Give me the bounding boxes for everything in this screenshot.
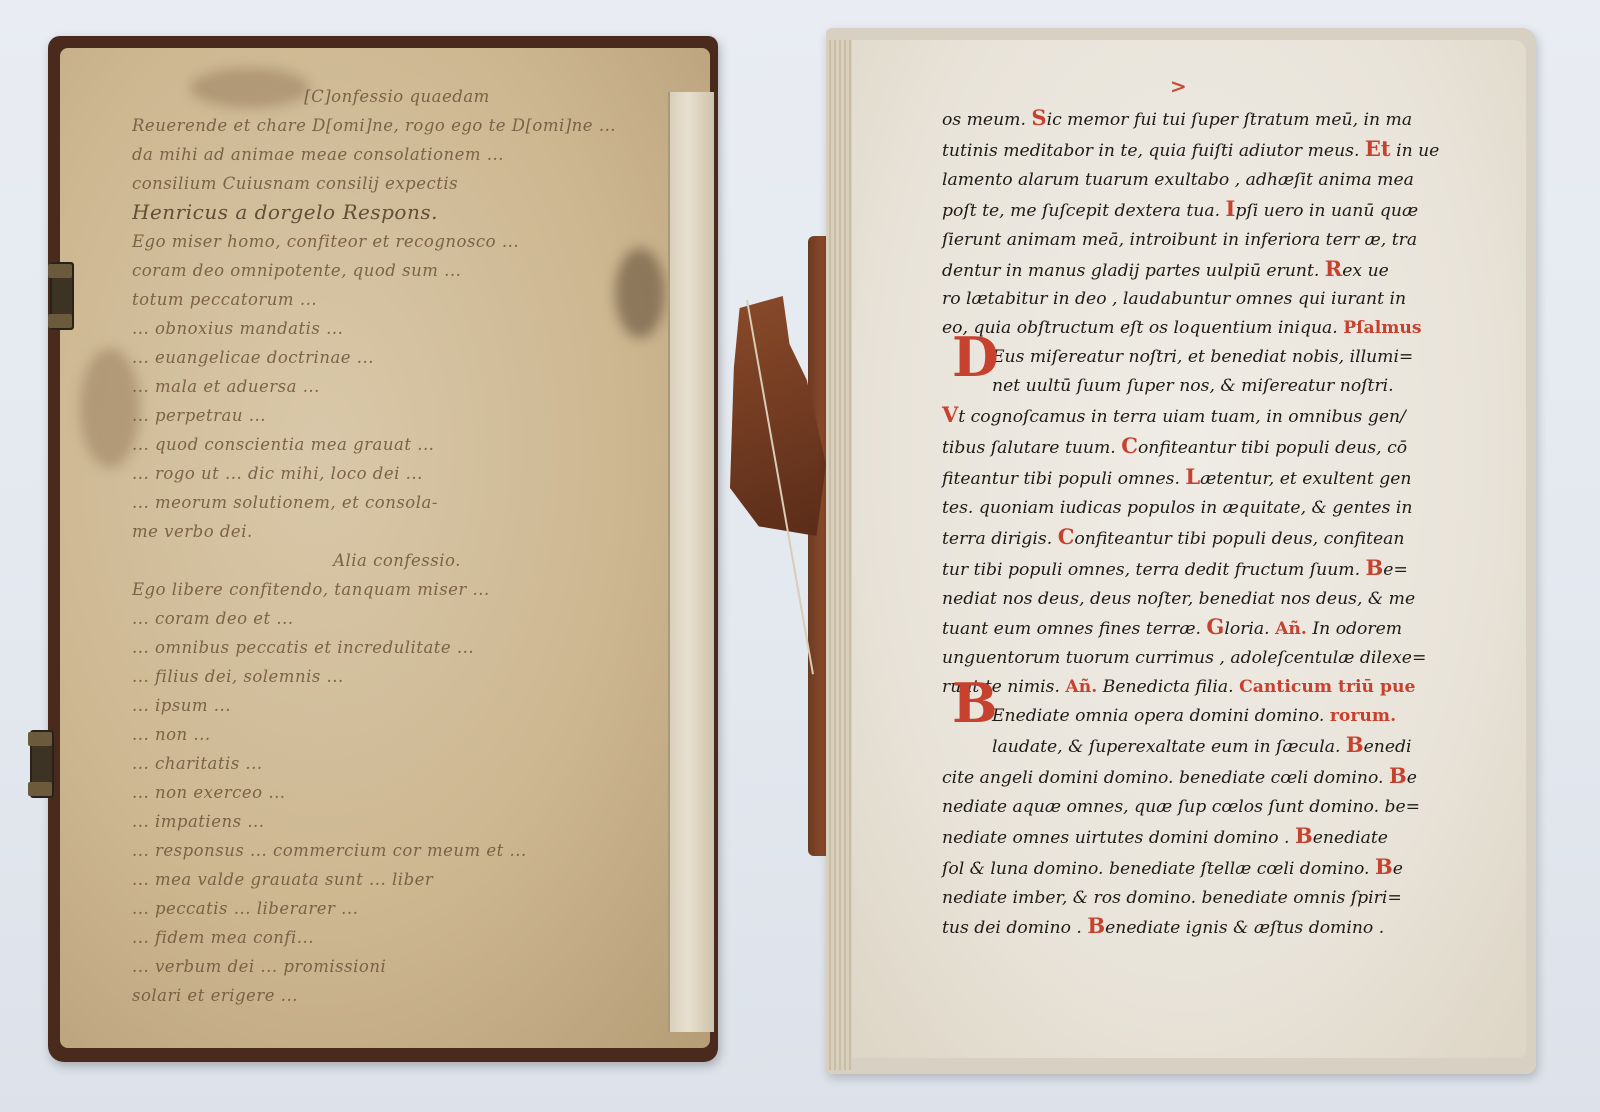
manuscript-line: Ego miser homo, confiteor et recognosco … [132, 227, 662, 256]
printed-line: Enediate omnia opera domini domino. roru… [942, 702, 1442, 731]
printed-line: ſol & luna domino. benediate ſtellæ cœli… [942, 853, 1442, 884]
rubricated-initial: R [1325, 256, 1342, 281]
rubricated-initial: B [1366, 555, 1384, 580]
text-run: enedi [1364, 737, 1412, 757]
printed-line: tuant eum omnes fines terræ. Gloria. Añ.… [942, 613, 1442, 644]
text-run: ro lætabitur in deo , laudabuntur omnes … [942, 289, 1406, 309]
rubricated-initial: G [1206, 614, 1224, 639]
manuscript-line: ... coram deo et ... [132, 604, 662, 633]
printed-line: tur tibi populi omnes, terra dedit fruct… [942, 554, 1442, 585]
manuscript-line: ... filius dei, solemnis ... [132, 662, 662, 691]
printed-line: dentur in manus gladij partes uulpiū eru… [942, 255, 1442, 286]
text-run: laudate, & ſuperexaltate eum in ſæcula. [992, 737, 1346, 757]
text-run: tes. quoniam iudicas populos in æquitate… [942, 498, 1412, 518]
initial-b: B [952, 676, 998, 730]
manuscript-line: ... responsus ... commercium cor meum et… [132, 836, 662, 865]
rubric: Añ. [1065, 677, 1097, 697]
printed-line: laudate, & ſuperexaltate eum in ſæcula. … [942, 731, 1442, 762]
text-run: e [1393, 859, 1403, 879]
rubricated-initial: L [1185, 464, 1200, 489]
manuscript-line: me verbo dei. [132, 517, 662, 546]
text-run: poſt te, me ſuſcepit dextera tua. [942, 201, 1226, 221]
printed-line: nediate omnes uirtutes domini domino . B… [942, 822, 1442, 853]
rubricated-initial: C [1121, 433, 1138, 458]
rubricated-initial: I [1226, 196, 1236, 221]
text-run: enediate ignis & æſtus domino . [1105, 918, 1384, 938]
text-run: Benedicta filia. [1097, 677, 1239, 697]
manuscript-line: [C]onfessio quaedam [132, 82, 662, 111]
text-run: tur tibi populi omnes, terra dedit fruct… [942, 560, 1366, 580]
manuscript-line: coram deo omnipotente, quod sum ... [132, 256, 662, 285]
manuscript-line: ... ipsum ... [132, 691, 662, 720]
text-run: onfiteantur tibi populi deus, cō [1138, 438, 1407, 458]
rubricated-initial: B [1389, 763, 1407, 788]
printed-line: Eus miſereatur noſtri, et benediat nobis… [942, 343, 1442, 372]
rubricated-initial: B [1375, 854, 1393, 879]
clasp-hinge-icon [50, 262, 74, 330]
text-run: tuant eum omnes fines terræ. [942, 619, 1206, 639]
text-run: In odorem [1307, 619, 1402, 639]
text-run: Enediate omnia opera domini domino. [992, 706, 1330, 726]
text-run: pſi uero in uanū quæ [1235, 201, 1418, 221]
printed-line: nediate aquæ omnes, quæ ſup cœlos ſunt d… [942, 793, 1442, 822]
text-run: e [1407, 768, 1417, 788]
manuscript-text: [C]onfessio quaedamReuerende et chare D[… [132, 82, 662, 1002]
printed-line: lamento alarum tuarum exultabo , adhæſit… [942, 166, 1442, 195]
text-run: in ue [1391, 141, 1440, 161]
printed-line: runt te nimis. Añ. Benedicta filia. Cant… [942, 673, 1442, 702]
manuscript-line: ... euangelicae doctrinae ... [132, 343, 662, 372]
text-run: ex ue [1342, 261, 1389, 281]
printed-line: Vt cognoſcamus in terra uiam tuam, in om… [942, 401, 1442, 432]
rubric: Canticum triū pue [1239, 677, 1415, 697]
printed-line: unguentorum tuorum currimus , adoleſcent… [942, 644, 1442, 673]
rubric: Pſalmus [1343, 318, 1421, 338]
manuscript-line: ... obnoxius mandatis ... [132, 314, 662, 343]
printed-line: nediat nos deus, deus noſter, benediat n… [942, 585, 1442, 614]
text-run: nediate imber, & ros domino. benediate o… [942, 888, 1402, 908]
manuscript-line: totum peccatorum ... [132, 285, 662, 314]
text-run: lamento alarum tuarum exultabo , adhæſit… [942, 170, 1414, 190]
text-run: cite angeli domini domino. benediate cœl… [942, 768, 1389, 788]
printed-line: tus dei domino . Benediate ignis & æſtus… [942, 912, 1442, 943]
printed-line: tibus ſalutare tuum. Confiteantur tibi p… [942, 432, 1442, 463]
text-run: terra dirigis. [942, 529, 1058, 549]
text-run: loria. [1224, 619, 1275, 639]
text-run: os meum. [942, 110, 1031, 130]
text-run: ſierunt animam meā, introibunt in inferi… [942, 230, 1417, 250]
text-run: ætentur, et exultent gen [1200, 469, 1411, 489]
printed-line: tutinis meditabor in te, quia fuiſti adi… [942, 135, 1442, 166]
manuscript-line: ... meorum solutionem, et consola- [132, 488, 662, 517]
text-run: unguentorum tuorum currimus , adoleſcent… [942, 648, 1426, 668]
manuscript-line: ... perpetrau ... [132, 401, 662, 430]
text-run: nediate aquæ omnes, quæ ſup cœlos ſunt d… [942, 797, 1420, 817]
printed-line: eo, quia obſtructum eſt os loquentium in… [942, 314, 1442, 343]
rubricated-initial: V [942, 402, 958, 427]
manuscript-line: da mihi ad animae meae consolationem ... [132, 140, 662, 169]
printed-line: tes. quoniam iudicas populos in æquitate… [942, 494, 1442, 523]
manuscript-line: ... verbum dei ... promissioni [132, 952, 662, 981]
printed-line: ſierunt animam meā, introibunt in inferi… [942, 226, 1442, 255]
spine-paper-strip [668, 92, 714, 1032]
signature-mark: > [1170, 74, 1187, 98]
text-run: enediate [1313, 828, 1388, 848]
manuscript-line: ... fidem mea confi... [132, 923, 662, 952]
rubricated-initial: B [1295, 823, 1313, 848]
printed-line: fiteantur tibi populi omnes. Lætentur, e… [942, 463, 1442, 494]
printed-text: os meum. Sic memor fui tui ſuper ſtratum… [942, 104, 1442, 943]
text-run: tutinis meditabor in te, quia fuiſti adi… [942, 141, 1365, 161]
manuscript-line: ... rogo ut ... dic mihi, loco dei ... [132, 459, 662, 488]
text-run: e= [1383, 560, 1408, 580]
printed-line: terra dirigis. Confiteantur tibi populi … [942, 523, 1442, 554]
printed-line: nediate imber, & ros domino. benediate o… [942, 884, 1442, 913]
rubricated-initial: B [1087, 913, 1105, 938]
manuscript-line: Ego libere confitendo, tanquam miser ... [132, 575, 662, 604]
printed-line: ro lætabitur in deo , laudabuntur omnes … [942, 285, 1442, 314]
manuscript-line: ... impatiens ... [132, 807, 662, 836]
printed-line: cite angeli domini domino. benediate cœl… [942, 762, 1442, 793]
manuscript-line: Alia confessio. [132, 546, 662, 575]
initial-d: D [952, 330, 999, 384]
text-run: eo, quia obſtructum eſt os loquentium in… [942, 318, 1343, 338]
manuscript-line: Henricus a dorgelo Respons. [132, 198, 662, 227]
manuscript-line: consilium Cuiusnam consilij expectis [132, 169, 662, 198]
rubricated-initial: C [1058, 524, 1075, 549]
clasp-hinge-icon [30, 730, 54, 798]
text-run: tibus ſalutare tuum. [942, 438, 1121, 458]
manuscript-line: ... omnibus peccatis et incredulitate ..… [132, 633, 662, 662]
manuscript-line: ... quod conscientia mea grauat ... [132, 430, 662, 459]
text-run: Eus miſereatur noſtri, et benediat nobis… [992, 347, 1413, 367]
rubricated-initial: Et [1365, 136, 1391, 161]
manuscript-line: ... mea valde grauata sunt ... liber [132, 865, 662, 894]
text-run: dentur in manus gladij partes uulpiū eru… [942, 261, 1325, 281]
rubric: rorum. [1330, 706, 1396, 726]
manuscript-line: solari et erigere ... [132, 981, 662, 1010]
text-run: onfiteantur tibi populi deus, confitean [1074, 529, 1404, 549]
text-run: ſol & luna domino. benediate ſtellæ cœli… [942, 859, 1375, 879]
manuscript-line: ... non ... [132, 720, 662, 749]
text-run: net uultū ſuum ſuper nos, & miſereatur n… [992, 376, 1394, 396]
manuscript-line: ... peccatis ... liberarer ... [132, 894, 662, 923]
stain [80, 348, 140, 468]
rubricated-initial: S [1031, 105, 1046, 130]
printed-line: poſt te, me ſuſcepit dextera tua. Ipſi u… [942, 195, 1442, 226]
rubric: Añ. [1275, 619, 1307, 639]
text-run: nediate omnes uirtutes domini domino . [942, 828, 1295, 848]
text-run: fiteantur tibi populi omnes. [942, 469, 1185, 489]
manuscript-line: Reuerende et chare D[omi]ne, rogo ego te… [132, 111, 662, 140]
rubricated-initial: B [1346, 732, 1364, 757]
text-run: t cognoſcamus in terra uiam tuam, in omn… [958, 407, 1406, 427]
manuscript-line: ... non exerceo ... [132, 778, 662, 807]
text-run: tus dei domino . [942, 918, 1087, 938]
manuscript-line: ... mala et aduersa ... [132, 372, 662, 401]
text-run: nediat nos deus, deus noſter, benediat n… [942, 589, 1415, 609]
printed-line: net uultū ſuum ſuper nos, & miſereatur n… [942, 372, 1442, 401]
printed-line: os meum. Sic memor fui tui ſuper ſtratum… [942, 104, 1442, 135]
text-run: ic memor fui tui ſuper ſtratum meū, in m… [1047, 110, 1413, 130]
manuscript-line: ... charitatis ... [132, 749, 662, 778]
page-edges [826, 40, 852, 1070]
